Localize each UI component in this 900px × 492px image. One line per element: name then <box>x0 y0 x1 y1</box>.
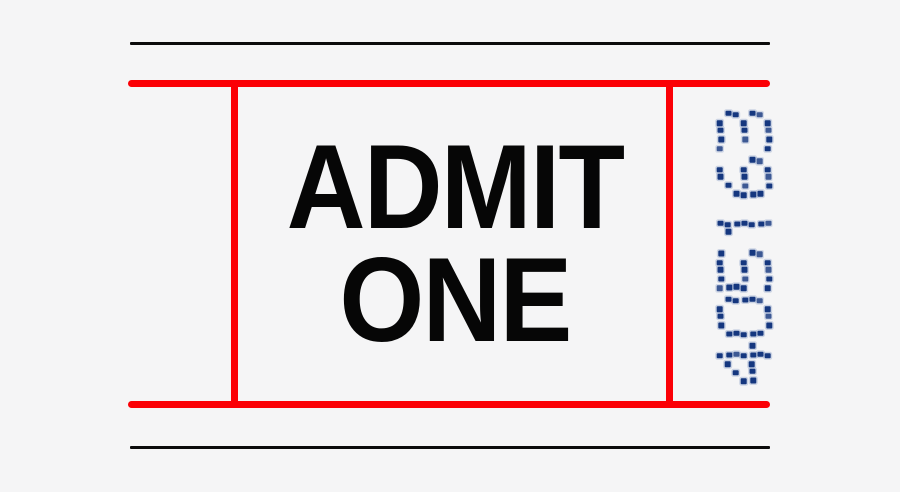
ticket-perforation-left <box>231 80 238 408</box>
ticket-perforation-right <box>666 80 673 408</box>
admit-label: ADMIT <box>257 127 654 248</box>
ticket-bottom-edge <box>128 401 770 408</box>
ticket-graphic: ADMIT ONE <box>0 0 900 492</box>
ticket-top-edge <box>128 80 770 87</box>
one-label: ONE <box>257 240 654 361</box>
serial-digit <box>718 298 772 338</box>
serial-number <box>718 109 772 384</box>
serial-digit <box>718 158 772 198</box>
serial-digit <box>718 251 772 291</box>
bottom-horizontal-rule <box>130 446 770 449</box>
serial-digit <box>718 344 772 384</box>
top-horizontal-rule <box>130 42 770 45</box>
serial-digit <box>718 112 772 152</box>
serial-digit <box>718 205 772 245</box>
